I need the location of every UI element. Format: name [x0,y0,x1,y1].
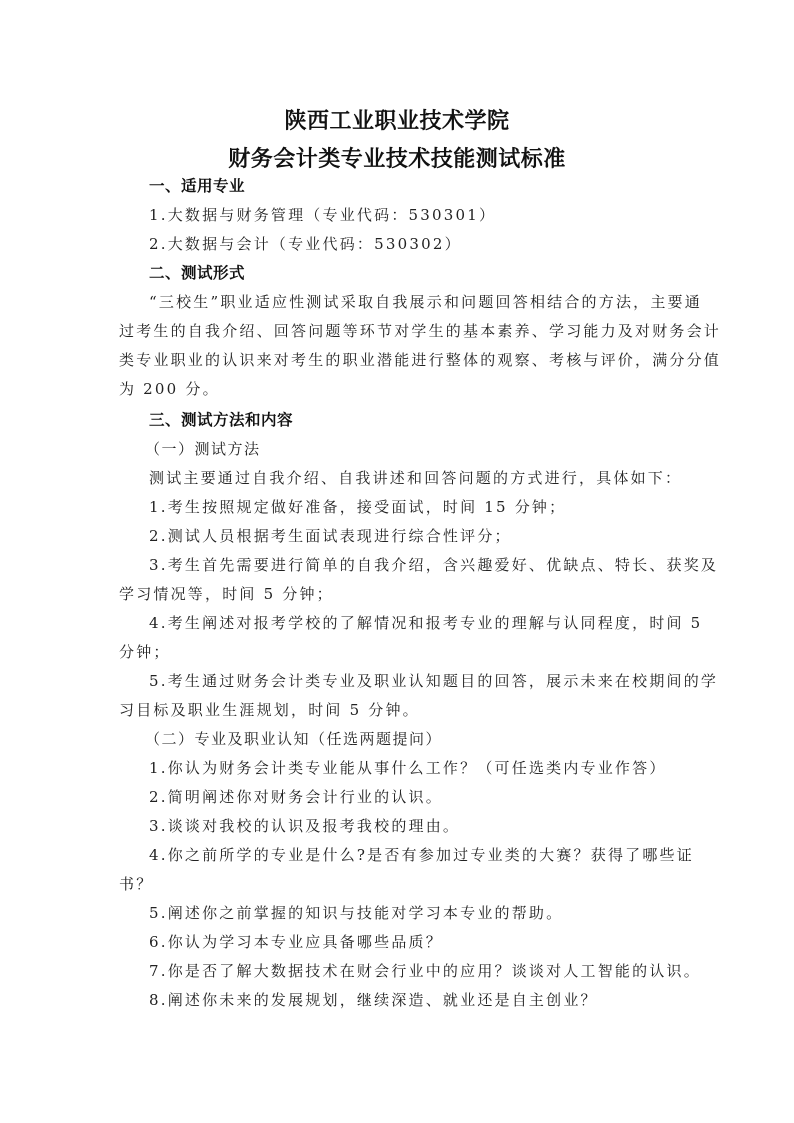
method-line: 习目标及职业生涯规划，时间 5 分钟。 [119,700,420,720]
method-line: 3.考生首先需要进行简单的自我介绍，含兴趣爱好、优缺点、特长、获奖及 [149,555,677,575]
document-page: 陕西工业职业技术学院 财务会计类专业技术技能测试标准 一、适用专业 1.大数据与… [0,0,794,1123]
question-item: 2.简明阐述你对财务会计行业的认识。 [149,787,443,807]
question-item: 8.阐述你未来的发展规划，继续深造、就业还是自主创业？ [149,990,598,1010]
section-heading-test-method-content: 三、测试方法和内容 [149,410,293,430]
subsection-heading-test-method: （一）测试方法 [145,439,261,459]
section-heading-test-format: 二、测试形式 [149,263,245,283]
question-item: 3.谈谈对我校的认识及报考我校的理由。 [149,816,460,836]
paragraph-line: 类专业职业的认识来对考生的职业潜能进行整体的观察、考核与评价，满分分值 [119,350,676,370]
section-heading-applicable-majors: 一、适用专业 [149,176,245,196]
question-item: 5.阐述你之前掌握的知识与技能对学习本专业的帮助。 [149,903,563,923]
method-intro: 测试主要通过自我介绍、自我讲述和回答问题的方式进行，具体如下： [149,468,682,488]
paragraph-line: “三校生”职业适应性测试采取自我展示和问题回答相结合的方法，主要通 [149,292,677,312]
paragraph-line: 为 200 分。 [119,379,220,399]
major-item: 2.大数据与会计（专业代码：530302） [149,234,462,254]
major-item: 1.大数据与财务管理（专业代码：530301） [149,205,496,225]
method-line: 2.测试人员根据考生面试表现进行综合性评分； [149,526,512,546]
subsection-heading-career-cognition: （二）专业及职业认知（任选两题提问） [145,729,442,749]
method-line: 4.考生阐述对报考学校的了解情况和报考专业的理解与认同程度，时间 5 [149,613,677,633]
paragraph-line: 过考生的自我介绍、回答问题等环节对学生的基本素养、学习能力及对财务会计 [119,321,676,341]
question-item-continuation: 书？ [119,874,153,894]
question-item: 7.你是否了解大数据技术在财会行业中的应用？谈谈对人工智能的认识。 [149,961,701,981]
method-line: 5.考生通过财务会计类专业及职业认知题目的回答，展示未来在校期间的学 [149,671,677,691]
method-line: 分钟； [119,642,171,662]
question-item: 4.你之前所学的专业是什么?是否有参加过专业类的大赛？获得了哪些证 [149,845,677,865]
method-line: 1.考生按照规定做好准备，接受面试，时间 15 分钟； [149,497,566,517]
document-title-subject: 财务会计类专业技术技能测试标准 [0,142,794,173]
question-item: 1.你认为财务会计类专业能从事什么工作？（可任选类内专业作答） [149,758,667,778]
method-line: 学习情况等，时间 5 分钟； [119,584,334,604]
question-item: 6.你认为学习本专业应具备哪些品质？ [149,932,443,952]
document-title-institution: 陕西工业职业技术学院 [0,104,794,135]
